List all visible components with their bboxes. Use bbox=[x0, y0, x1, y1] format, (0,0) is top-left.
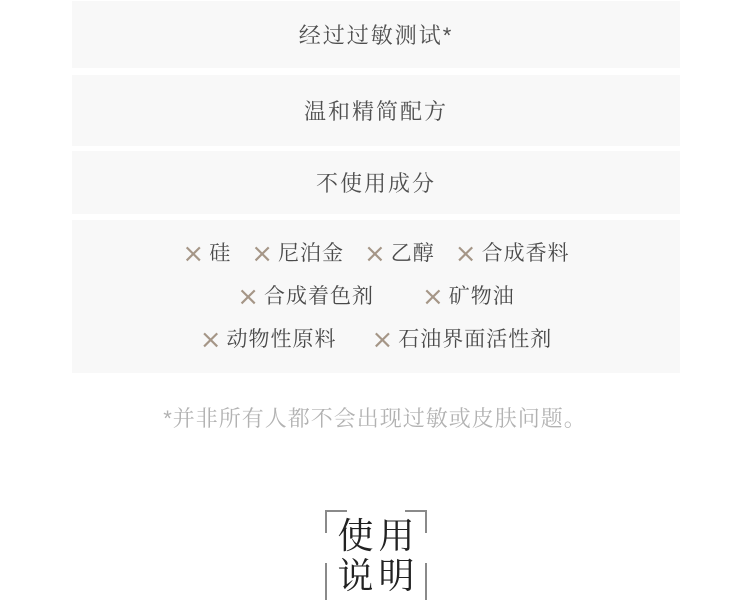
claim-banner-excluded-ingredients: 不使用成分 bbox=[72, 151, 680, 214]
usage-instructions-title: 使用 说明 bbox=[325, 516, 427, 596]
excluded-ingredient-label: 合成着色剂 bbox=[264, 285, 374, 309]
allergy-disclaimer-footnote: *并非所有人都不会出现过敏或皮肤问题。 bbox=[0, 402, 750, 433]
excluded-ingredients-row: × 合成着色剂 × 矿物油 bbox=[237, 285, 515, 309]
excluded-ingredient-ethanol: × 乙醇 bbox=[364, 242, 435, 266]
usage-title-line1: 使用 bbox=[325, 516, 427, 556]
claim-banner-gentle-formula: 温和精简配方 bbox=[72, 75, 680, 146]
usage-title-line2: 说明 bbox=[325, 556, 427, 596]
excluded-ingredient-label: 矿物油 bbox=[449, 285, 515, 309]
usage-instructions-header: 使用 说明 bbox=[325, 510, 427, 600]
cross-icon: × bbox=[372, 328, 395, 352]
excluded-ingredients-panel: × 硅 × 尼泊金 × 乙醇 × 合成香料 × 合成着色剂 × bbox=[72, 220, 680, 373]
excluded-ingredients-row: × 硅 × 尼泊金 × 乙醇 × 合成香料 bbox=[182, 242, 569, 266]
excluded-ingredient-animal-derived: × 动物性原料 bbox=[200, 328, 337, 352]
excluded-ingredient-synthetic-fragrance: × 合成香料 bbox=[455, 242, 570, 266]
cross-icon: × bbox=[182, 242, 205, 266]
claim-text-allergy-tested: 经过过敏测试* bbox=[299, 19, 454, 50]
claim-text-gentle-formula: 温和精简配方 bbox=[304, 95, 448, 126]
cross-icon: × bbox=[251, 242, 274, 266]
excluded-ingredient-label: 硅 bbox=[209, 242, 231, 266]
excluded-ingredients-row: × 动物性原料 × 石油界面活性剂 bbox=[200, 328, 553, 352]
claim-banner-allergy-tested: 经过过敏测试* bbox=[72, 1, 680, 68]
cross-icon: × bbox=[200, 328, 223, 352]
excluded-ingredient-label: 石油界面活性剂 bbox=[398, 328, 552, 352]
excluded-ingredient-silicone: × 硅 bbox=[182, 242, 231, 266]
excluded-ingredient-label: 乙醇 bbox=[391, 242, 435, 266]
cross-icon: × bbox=[455, 242, 478, 266]
excluded-ingredient-label: 动物性原料 bbox=[227, 328, 337, 352]
cross-icon: × bbox=[422, 285, 445, 309]
cross-icon: × bbox=[237, 285, 260, 309]
excluded-ingredient-petroleum-surfactant: × 石油界面活性剂 bbox=[372, 328, 553, 352]
excluded-ingredient-synthetic-colorants: × 合成着色剂 bbox=[237, 285, 374, 309]
cross-icon: × bbox=[364, 242, 387, 266]
excluded-ingredient-parabens: × 尼泊金 bbox=[251, 242, 344, 266]
excluded-ingredient-label: 合成香料 bbox=[482, 242, 570, 266]
claim-text-excluded-ingredients: 不使用成分 bbox=[316, 167, 436, 198]
product-claims-page: 经过过敏测试* 温和精简配方 不使用成分 × 硅 × 尼泊金 × 乙醇 × 合成… bbox=[0, 0, 750, 600]
excluded-ingredient-label: 尼泊金 bbox=[278, 242, 344, 266]
excluded-ingredient-mineral-oil: × 矿物油 bbox=[422, 285, 515, 309]
